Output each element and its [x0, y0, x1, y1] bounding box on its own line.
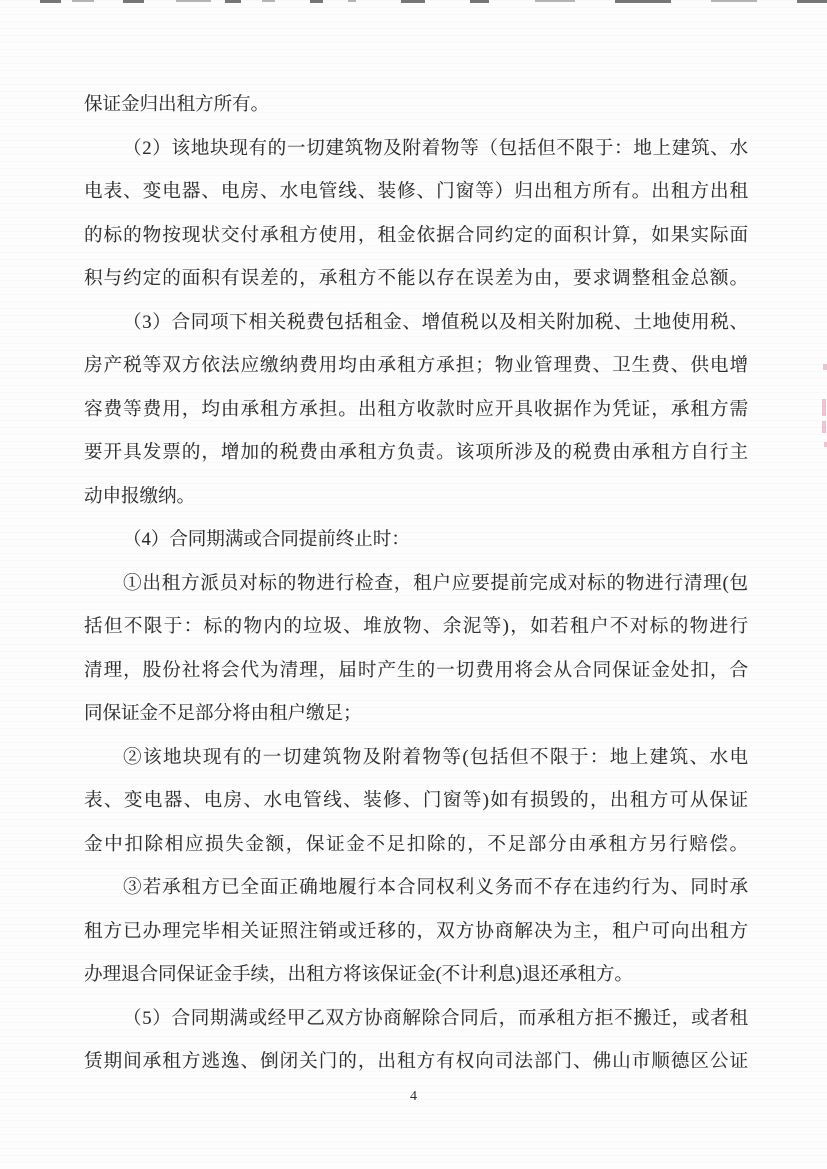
text-line: ②该地块现有的一切建筑物及附着物等(包括但不限于：地上建筑、水电 — [84, 737, 748, 781]
text-line: 表、变电器、电房、水电管线、装修、门窗等)如有损毁的，出租方可从保证 — [84, 780, 748, 824]
scan-artifact — [72, 0, 94, 2]
scan-artifact — [470, 0, 489, 3]
text-line: （3）合同项下相关税费包括租金、增值税以及相关附加税、土地使用税、 — [84, 302, 748, 346]
text-line: 租方已办理完毕相关证照注销或迁移的，双方协商解决为主，租户可向出租方 — [84, 911, 748, 955]
scan-artifact — [797, 0, 827, 3]
scan-artifact — [711, 0, 757, 2]
scan-artifact — [40, 0, 61, 3]
scan-artifact — [822, 399, 826, 416]
scan-artifact — [348, 0, 356, 2]
text-line: 动申报缴纳。 — [84, 476, 748, 520]
text-line: 保证金归出租方所有。 — [84, 84, 748, 128]
scan-artifact — [822, 421, 826, 433]
scan-artifact — [401, 0, 425, 3]
scan-artifact — [615, 0, 671, 3]
scan-artifact — [823, 364, 827, 370]
text-line: 金中扣除相应损失金额，保证金不足扣除的，不足部分由承租方另行赔偿。 — [84, 824, 748, 868]
scan-artifact — [176, 0, 211, 2]
text-line: 要开具发票的，增加的税费由承租方负责。该项所涉及的税费由承租方自行主 — [84, 432, 748, 476]
text-line: 容费等费用，均由承租方承担。出租方收款时应开具收据作为凭证，承租方需 — [84, 389, 748, 433]
scan-artifact — [535, 0, 575, 2]
text-line: 同保证金不足部分将由租户缴足； — [84, 693, 748, 737]
scan-artifact — [310, 0, 323, 3]
text-line: （5）合同期满或经甲乙双方协商解除合同后，而承租方拒不搬迁，或者租 — [84, 998, 748, 1042]
text-line: 房产税等双方依法应缴纳费用均由承租方承担；物业管理费、卫生费、供电增 — [84, 345, 748, 389]
text-line: 赁期间承租方逃逸、倒闭关门的，出租方有权向司法部门、佛山市顺德区公证 — [84, 1041, 748, 1085]
text-line: （4）合同期满或合同提前终止时： — [84, 519, 748, 563]
scan-artifact — [123, 0, 144, 3]
text-line: 办理退合同保证金手续，出租方将该保证金(不计利息)退还承租方。 — [84, 954, 748, 998]
scan-artifact — [262, 0, 275, 2]
text-line: 括但不限于：标的物内的垃圾、堆放物、余泥等)，如若租户不对标的物进行 — [84, 606, 748, 650]
text-line: 的标的物按现状交付承租方使用，租金依据合同约定的面积计算，如果实际面 — [84, 215, 748, 259]
text-line: ③若承租方已全面正确地履行本合同权利义务而不存在违约行为、同时承 — [84, 867, 748, 911]
text-line: 电表、变电器、电房、水电管线、装修、门窗等）归出租方所有。出租方出租 — [84, 171, 748, 215]
text-line: 清理，股份社将会代为清理，届时产生的一切费用将会从合同保证金处扣，合 — [84, 650, 748, 694]
contract-body: 保证金归出租方所有。（2）该地块现有的一切建筑物及附着物等（包括但不限于：地上建… — [84, 84, 748, 1085]
scanned-contract-page: { "document": { "page_number": "4", "lin… — [0, 0, 827, 1169]
page-number: 4 — [0, 1089, 827, 1105]
scan-artifact — [225, 0, 241, 3]
text-line: （2）该地块现有的一切建筑物及附着物等（包括但不限于：地上建筑、水 — [84, 128, 748, 172]
text-line: ①出租方派员对标的物进行检查，租户应要提前完成对标的物进行清理(包 — [84, 563, 748, 607]
text-line: 积与约定的面积有误差的，承租方不能以存在误差为由，要求调整租金总额。 — [84, 258, 748, 302]
